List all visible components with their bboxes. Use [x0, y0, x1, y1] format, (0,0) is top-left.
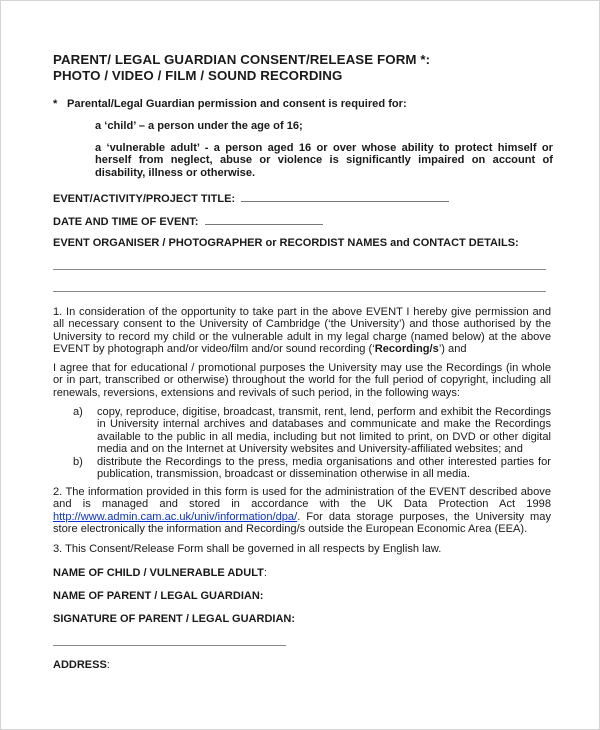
date-time-field: DATE AND TIME OF EVENT: — [53, 214, 323, 228]
clause-2-text: 2. The information provided in this form… — [53, 486, 551, 510]
definition-child: a ‘child’ – a person under the age of 16… — [95, 120, 303, 132]
parent-name-label: NAME OF PARENT / LEGAL GUARDIAN: — [53, 590, 263, 602]
signature-label: SIGNATURE OF PARENT / LEGAL GUARDIAN: — [53, 613, 295, 625]
clause-2: 2. The information provided in this form… — [53, 486, 551, 536]
clause-1: 1. In consideration of the opportunity t… — [53, 306, 551, 356]
child-name-field: NAME OF CHILD / VULNERABLE ADULT: — [53, 567, 267, 579]
address-field: ADDRESS: — [53, 659, 110, 671]
list-marker: b) — [73, 456, 97, 481]
parent-name-field: NAME OF PARENT / LEGAL GUARDIAN: — [53, 590, 263, 602]
date-time-input[interactable] — [205, 214, 323, 225]
definition-vulnerable-adult: a ‘vulnerable adult’ - a person aged 16 … — [95, 142, 553, 179]
clause-1-text-end: ’) and — [439, 343, 467, 355]
intro-text: Parental/Legal Guardian permission and c… — [67, 98, 407, 110]
agreement-paragraph: I agree that for educational / promotion… — [53, 362, 551, 399]
signature-line[interactable] — [53, 645, 286, 646]
form-title: PARENT/ LEGAL GUARDIAN CONSENT/RELEASE F… — [53, 52, 430, 84]
child-name-label: NAME OF CHILD / VULNERABLE ADULT — [53, 567, 264, 579]
list-item-text: distribute the Recordings to the press, … — [97, 456, 551, 481]
list-item: b) distribute the Recordings to the pres… — [73, 456, 551, 481]
address-colon: : — [107, 659, 110, 671]
event-title-label: EVENT/ACTIVITY/PROJECT TITLE: — [53, 193, 235, 205]
signature-field: SIGNATURE OF PARENT / LEGAL GUARDIAN: — [53, 613, 295, 625]
list-item: a) copy, reproduce, digitise, broadcast,… — [73, 406, 551, 456]
child-name-colon: : — [264, 567, 267, 579]
clause-1-defined-term: Recording/s — [375, 343, 439, 355]
address-label: ADDRESS — [53, 659, 107, 671]
list-item-text: copy, reproduce, digitise, broadcast, tr… — [97, 406, 551, 456]
uses-list: a) copy, reproduce, digitise, broadcast,… — [73, 406, 551, 480]
data-protection-link[interactable]: http://www.admin.cam.ac.uk/univ/informat… — [53, 511, 297, 523]
event-title-input[interactable] — [241, 191, 449, 202]
consent-requirement-intro: *Parental/Legal Guardian permission and … — [53, 98, 407, 110]
list-marker: a) — [73, 406, 97, 456]
organiser-field-label: EVENT ORGANISER / PHOTOGRAPHER or RECORD… — [53, 237, 519, 249]
clause-1-text: 1. In consideration of the opportunity t… — [53, 306, 551, 355]
form-title-line1: PARENT/ LEGAL GUARDIAN CONSENT/RELEASE F… — [53, 52, 430, 68]
organiser-line-1[interactable] — [53, 269, 546, 270]
document-page: PARENT/ LEGAL GUARDIAN CONSENT/RELEASE F… — [0, 0, 600, 730]
organiser-line-2[interactable] — [53, 291, 546, 292]
form-title-line2: PHOTO / VIDEO / FILM / SOUND RECORDING — [53, 68, 430, 84]
event-title-field: EVENT/ACTIVITY/PROJECT TITLE: — [53, 191, 449, 205]
footnote-asterisk: * — [53, 98, 67, 110]
date-time-label: DATE AND TIME OF EVENT: — [53, 216, 198, 228]
clause-3: 3. This Consent/Release Form shall be go… — [53, 543, 551, 555]
